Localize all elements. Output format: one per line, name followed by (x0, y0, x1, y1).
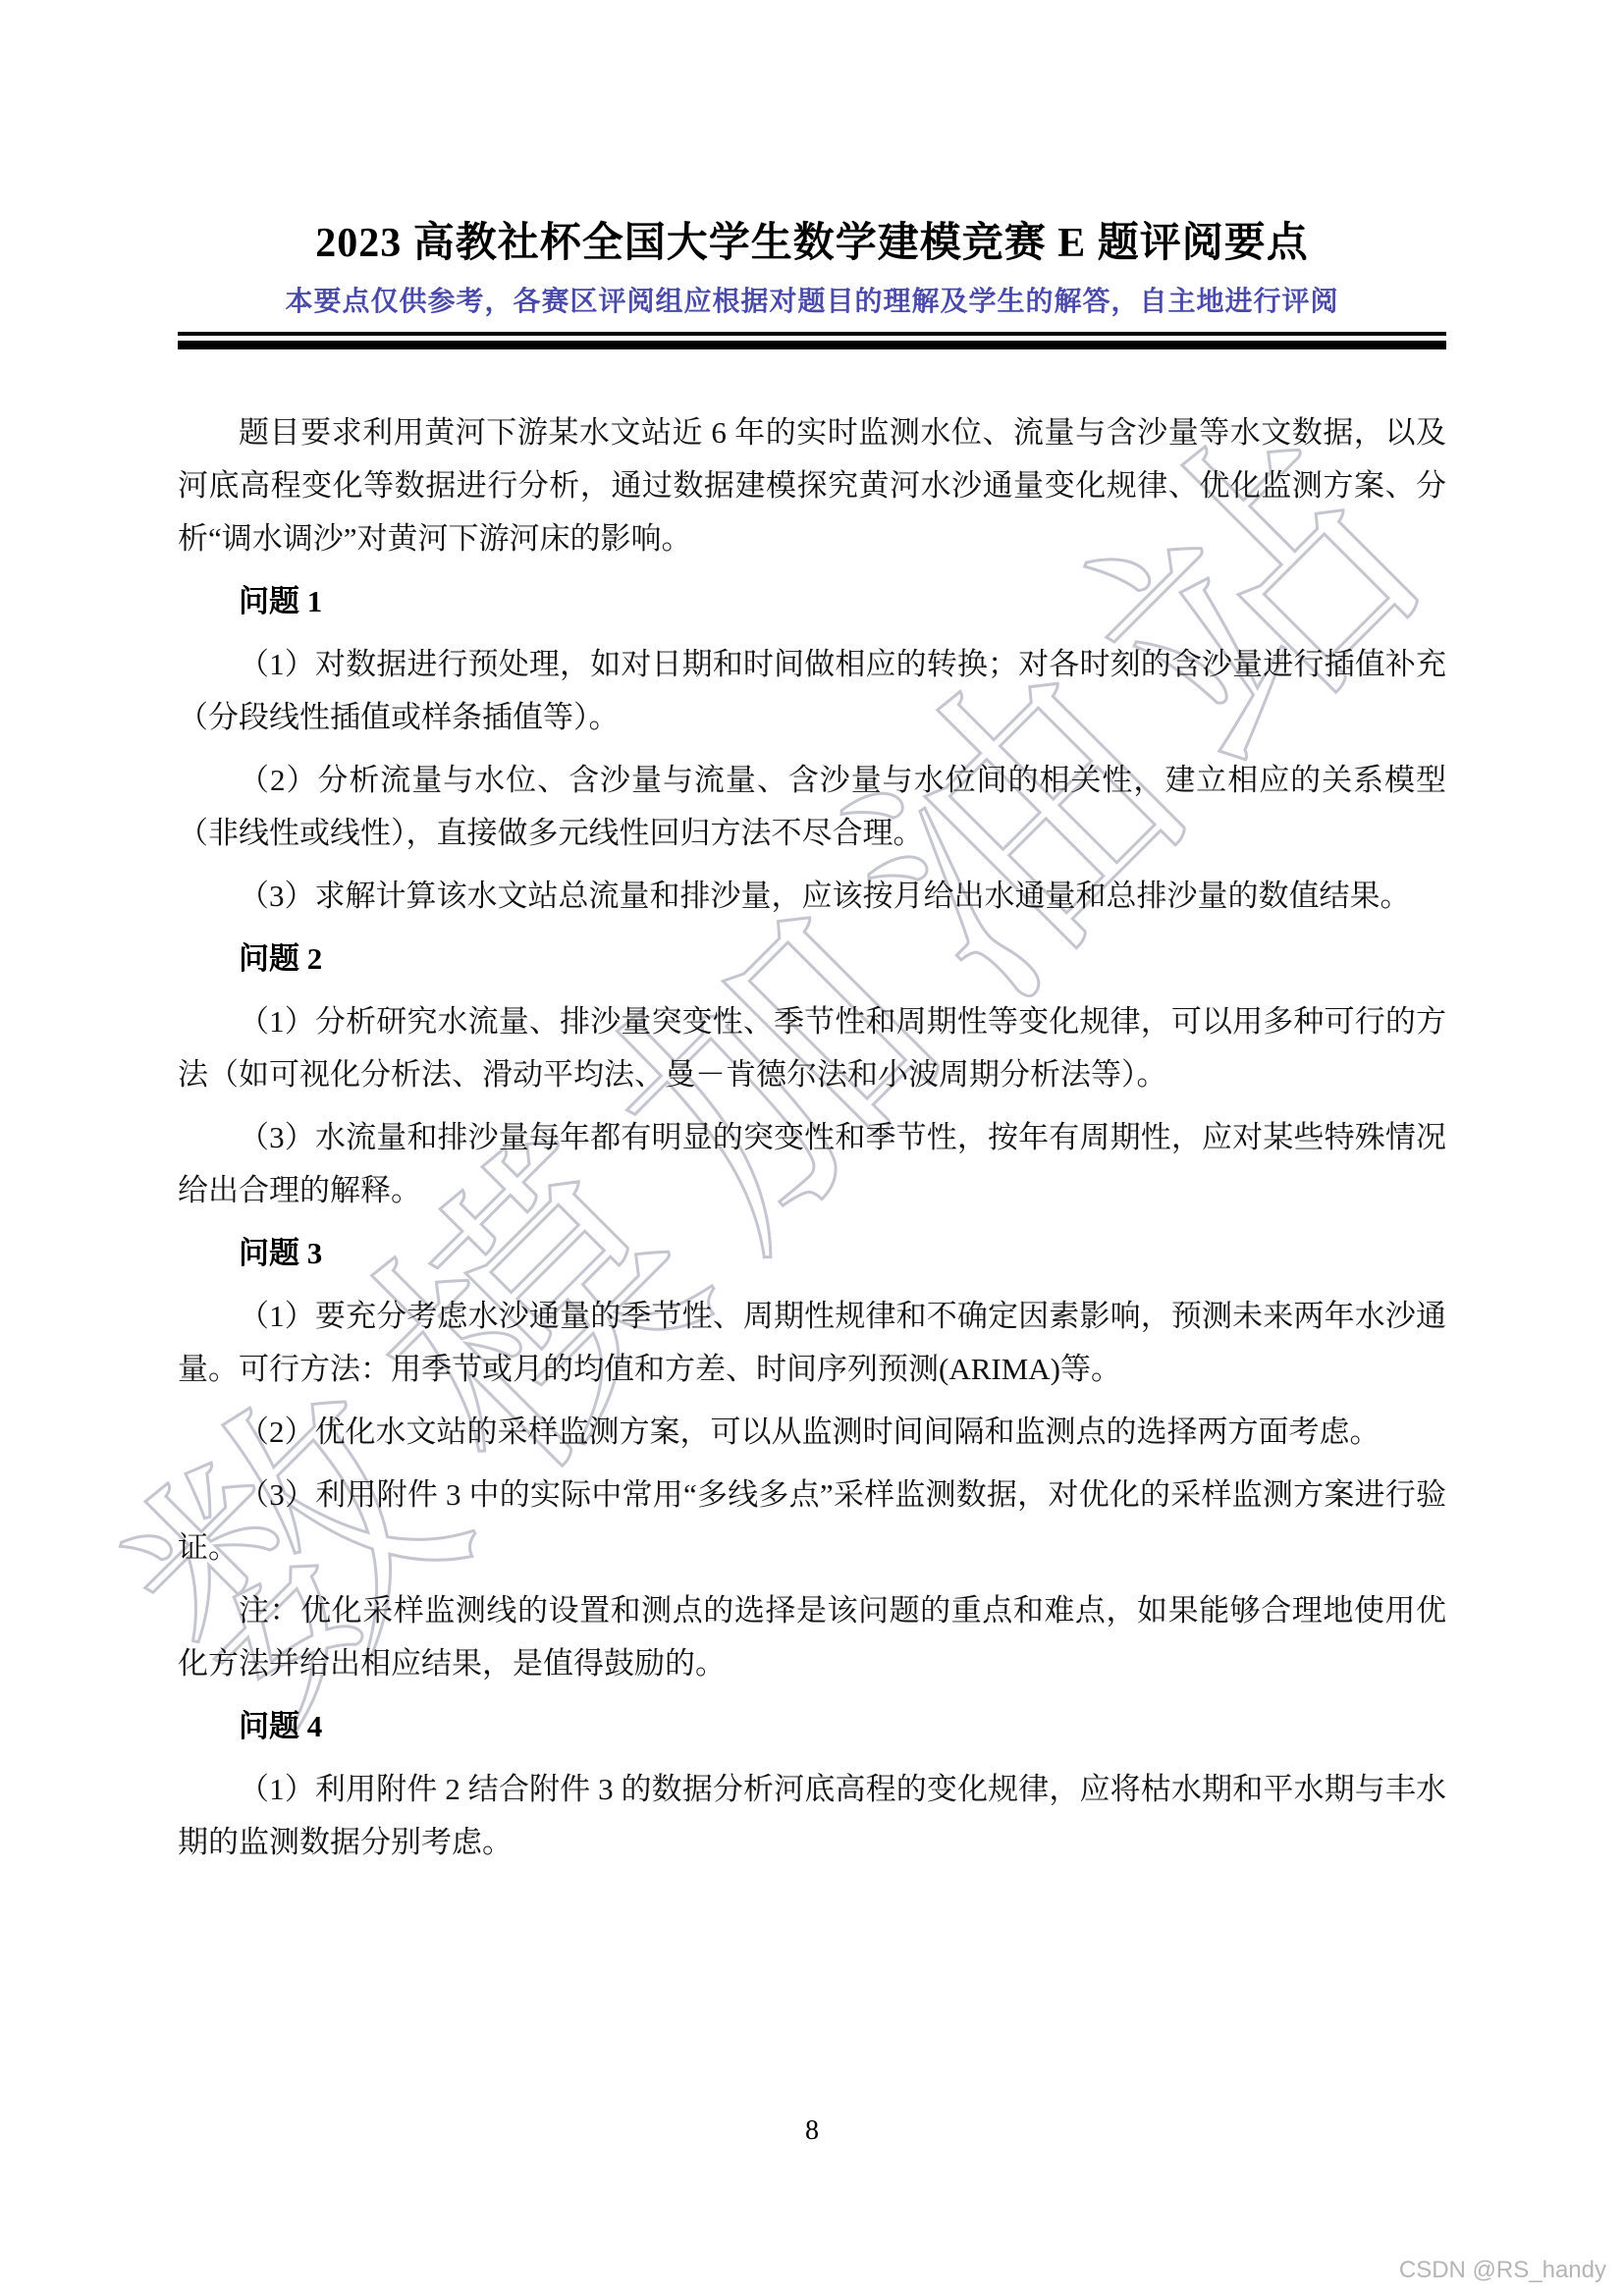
section-paragraph: （1）对数据进行预处理，如对日期和时间做相应的转换；对各时刻的含沙量进行插值补充… (178, 638, 1446, 744)
page-title: 2023 高教社杯全国大学生数学建模竞赛 E 题评阅要点 (0, 216, 1624, 271)
document-header: 2023 高教社杯全国大学生数学建模竞赛 E 题评阅要点 本要点仅供参考，各赛区… (0, 0, 1624, 349)
page-number: 8 (0, 2115, 1624, 2147)
section-paragraph: 注：优化采样监测线的设置和测点的选择是该问题的重点和难点，如果能够合理地使用优化… (178, 1584, 1446, 1690)
header-divider (178, 332, 1446, 349)
section-paragraph: （1）利用附件 2 结合附件 3 的数据分析河底高程的变化规律，应将枯水期和平水… (178, 1763, 1446, 1869)
section-paragraph: （3）求解计算该水文站总流量和排沙量，应该按月给出水通量和总排沙量的数值结果。 (178, 870, 1446, 923)
sections-container: 问题 1（1）对数据进行预处理，如对日期和时间做相应的转换；对各时刻的含沙量进行… (178, 575, 1446, 1869)
divider-thick-line (178, 341, 1446, 349)
section-paragraph: （3）水流量和排沙量每年都有明显的突变性和季节性，按年有周期性，应对某些特殊情况… (178, 1111, 1446, 1217)
section-paragraph: （1）要充分考虑水沙通量的季节性、周期性规律和不确定因素影响，预测未来两年水沙通… (178, 1290, 1446, 1396)
section-paragraph: （1）分析研究水流量、排沙量突变性、季节性和周期性等变化规律，可以用多种可行的方… (178, 995, 1446, 1101)
csdn-credit: CSDN @RS_handy (1399, 2257, 1606, 2284)
section-paragraph: （3）利用附件 3 中的实际中常用“多线多点”采样监测数据，对优化的采样监测方案… (178, 1468, 1446, 1575)
intro-paragraph: 题目要求利用黄河下游某水文站近 6 年的实时监测水位、流量与含沙量等水文数据，以… (178, 406, 1446, 565)
document-page: 数模加油站 2023 高教社杯全国大学生数学建模竞赛 E 题评阅要点 本要点仅供… (0, 0, 1624, 2296)
section-heading: 问题 4 (178, 1700, 1446, 1753)
page-subtitle: 本要点仅供参考，各赛区评阅组应根据对题目的理解及学生的解答，自主地进行评阅 (0, 283, 1624, 322)
document-body: 题目要求利用黄河下游某水文站近 6 年的实时监测水位、流量与含沙量等水文数据，以… (178, 406, 1446, 1869)
section-heading: 问题 3 (178, 1227, 1446, 1280)
section-heading: 问题 1 (178, 575, 1446, 628)
section-paragraph: （2）优化水文站的采样监测方案，可以从监测时间间隔和监测点的选择两方面考虑。 (178, 1406, 1446, 1459)
section-heading: 问题 2 (178, 933, 1446, 986)
section-paragraph: （2）分析流量与水位、含沙量与流量、含沙量与水位间的相关性，建立相应的关系模型（… (178, 754, 1446, 860)
